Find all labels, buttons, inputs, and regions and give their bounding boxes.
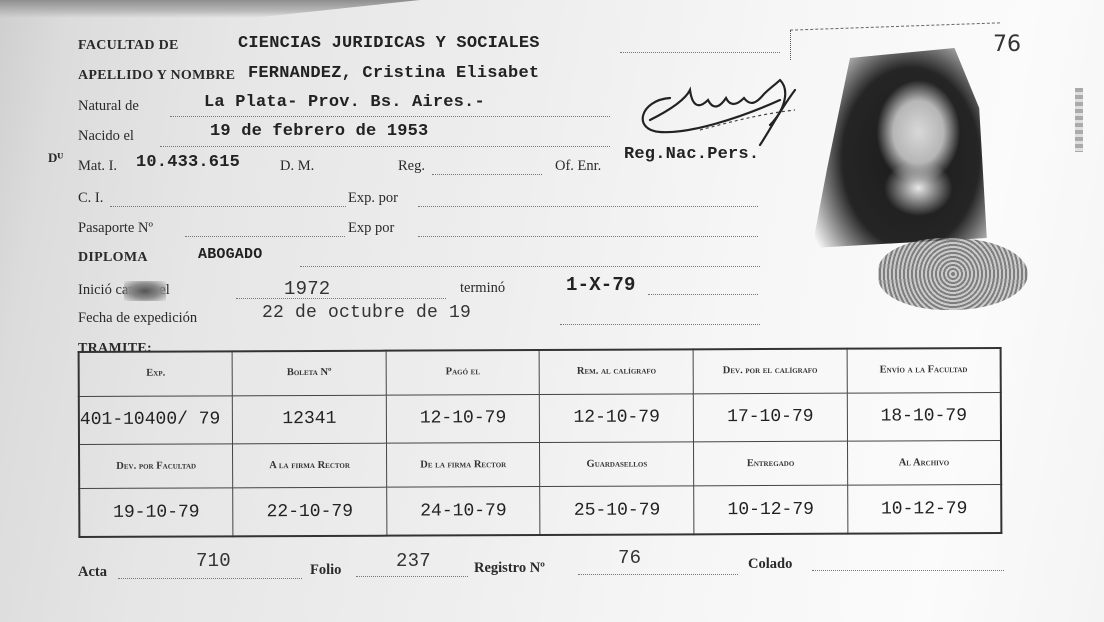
field-line xyxy=(185,236,345,237)
table-row-header-2: Dev. por Facultad A la firma Rector De l… xyxy=(79,440,1001,488)
origin-value: La Plata- Prov. Bs. Aires.- xyxy=(204,93,485,112)
header-cell: Pagó el xyxy=(386,350,540,395)
acta-label: Acta xyxy=(78,564,107,581)
field-line xyxy=(578,574,738,575)
field-line xyxy=(300,266,760,267)
table-row-values-1: 401-10400/ 79 12341 12-10-79 12-10-79 17… xyxy=(79,392,1001,444)
value-cell: 12-10-79 xyxy=(386,394,540,443)
mat-value: 10.433.615 xyxy=(136,153,240,172)
header-cell: Al Archivo xyxy=(847,440,1001,485)
value-cell: 10-12-79 xyxy=(847,485,1001,534)
margin-mark: Dᵁ xyxy=(48,150,63,166)
field-line xyxy=(418,206,758,207)
field-line xyxy=(160,146,610,147)
reg-label: Reg. xyxy=(398,158,425,175)
passport-label: Pasaporte Nº xyxy=(78,220,153,237)
value-cell: 24-10-79 xyxy=(387,487,541,536)
value-cell: 25-10-79 xyxy=(540,486,694,535)
header-cell: Envío a la Facultad xyxy=(847,348,1001,393)
header-cell: Guardasellos xyxy=(540,442,694,487)
header-cell: Boleta Nº xyxy=(232,351,386,396)
portrait-photo xyxy=(812,48,1002,248)
photo-frame-line xyxy=(790,30,791,60)
faculty-value: CIENCIAS JURIDICAS Y SOCIALES xyxy=(238,34,540,53)
field-line xyxy=(110,206,346,207)
birth-value: 19 de febrero de 1953 xyxy=(210,122,428,141)
photo-frame-line xyxy=(790,22,1000,31)
value-cell: 401-10400/ 79 xyxy=(79,396,233,445)
ci-exp-label: Exp. por xyxy=(348,190,398,207)
field-line xyxy=(812,570,1004,571)
name-value: FERNANDEZ, Cristina Elisabet xyxy=(248,64,539,83)
career-end-label: terminó xyxy=(460,280,505,297)
registro-value: 76 xyxy=(618,547,641,569)
birth-label: Nacido el xyxy=(78,128,134,145)
header-cell: Dev. por Facultad xyxy=(79,444,233,489)
header-cell: Dev. por el calígrafo xyxy=(693,349,847,394)
diploma-label: DIPLOMA xyxy=(78,250,148,266)
photo-number: 76 xyxy=(993,32,1021,57)
mat-label: Mat. I. xyxy=(78,158,117,175)
field-line xyxy=(432,174,542,175)
header-cell: De la firma Rector xyxy=(386,442,540,487)
origin-label: Natural de xyxy=(78,98,139,115)
field-line xyxy=(356,576,468,577)
value-cell: 10-12-79 xyxy=(694,485,848,534)
table-row-header-1: Exp. Boleta Nº Pagó el Rem. al calígrafo… xyxy=(79,348,1001,396)
name-label: APELLIDO Y NOMBRE xyxy=(78,68,235,84)
table-row-values-2: 19-10-79 22-10-79 24-10-79 25-10-79 10-1… xyxy=(79,485,1001,537)
side-stamp-mark xyxy=(1075,88,1083,152)
value-cell: 19-10-79 xyxy=(79,488,233,537)
value-cell: 12341 xyxy=(232,395,386,444)
field-line xyxy=(418,236,758,237)
field-line xyxy=(648,294,758,295)
signature-icon xyxy=(630,70,810,150)
value-cell: 22-10-79 xyxy=(233,487,387,536)
faculty-label: FACULTAD DE xyxy=(78,38,179,54)
header-cell: A la firma Rector xyxy=(233,443,387,488)
field-line xyxy=(118,578,302,579)
folio-value: 237 xyxy=(396,550,431,572)
registro-label: Registro Nº xyxy=(474,560,545,577)
folio-label: Folio xyxy=(310,562,341,579)
career-start-value: 1972 xyxy=(284,278,330,300)
diploma-value: ABOGADO xyxy=(198,246,262,263)
fingerprint-icon xyxy=(878,238,1028,310)
field-line xyxy=(170,116,610,117)
redaction-smudge xyxy=(124,281,166,301)
acta-value: 710 xyxy=(196,550,231,572)
field-line xyxy=(620,52,780,53)
value-cell: 17-10-79 xyxy=(693,393,847,442)
career-end-value: 1-X-79 xyxy=(566,274,636,296)
ci-label: C. I. xyxy=(78,190,103,207)
dm-label: D. M. xyxy=(280,158,314,175)
field-line xyxy=(236,298,446,299)
issue-date-value: 22 de octubre de 19 xyxy=(262,303,471,323)
office-label: Of. Enr. xyxy=(555,158,601,175)
field-line xyxy=(560,324,760,325)
tramite-table: Exp. Boleta Nº Pagó el Rem. al calígrafo… xyxy=(78,347,1003,538)
value-cell: 12-10-79 xyxy=(540,394,694,443)
issue-date-label: Fecha de expedición xyxy=(78,310,197,327)
passport-exp-label: Exp por xyxy=(348,220,394,237)
header-cell: Exp. xyxy=(79,351,233,396)
value-cell: 18-10-79 xyxy=(847,392,1001,441)
colado-label: Colado xyxy=(748,556,792,573)
header-cell: Rem. al calígrafo xyxy=(540,349,694,394)
scan-shadow xyxy=(0,0,420,18)
header-cell: Entregado xyxy=(694,441,848,486)
